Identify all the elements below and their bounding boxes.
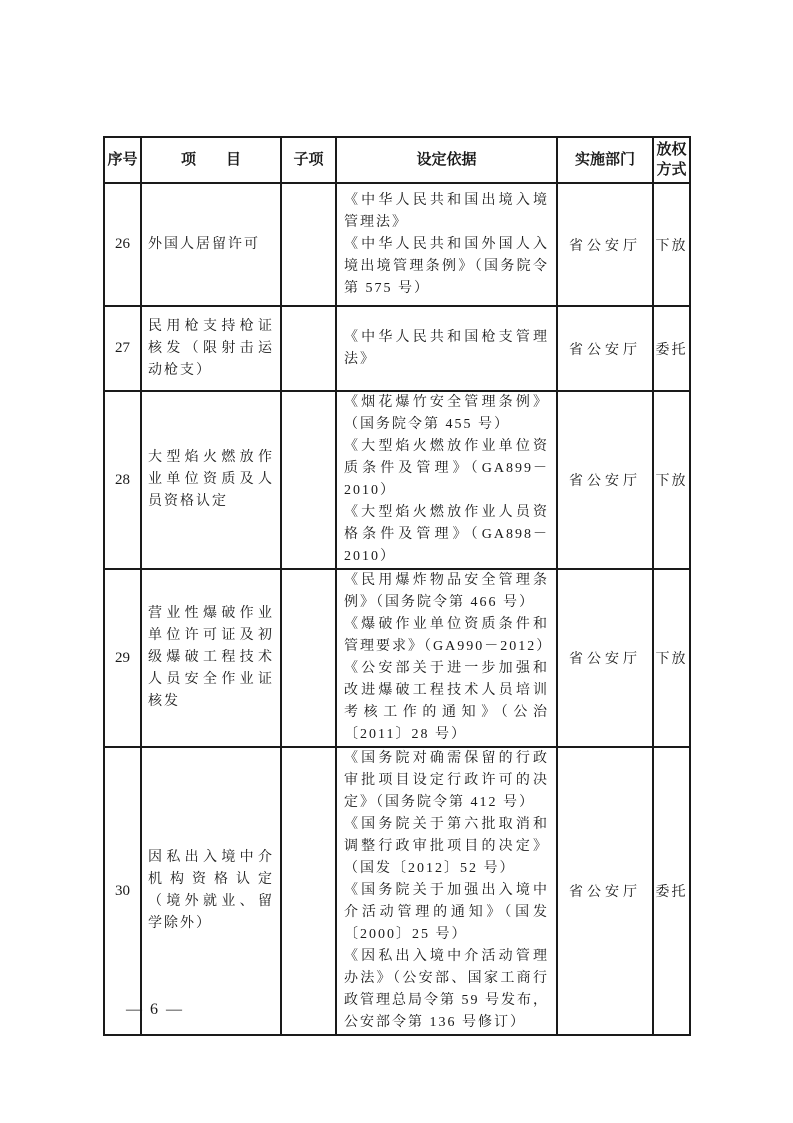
col-header-basis: 设定依据 [336, 137, 557, 183]
table-header-row: 序号 项 目 子项 设定依据 实施部门 放权方式 [104, 137, 690, 183]
table-row-29: 29 营业性爆破作业单位许可证及初级爆破工程技术人员安全作业证核发 《民用爆炸物… [104, 569, 690, 747]
cell-project: 大型焰火燃放作业单位资质及人员资格认定 [141, 391, 281, 569]
cell-no: 28 [104, 391, 141, 569]
cell-subitem [281, 569, 336, 747]
project-text: 大型焰火燃放作业单位资质及人员资格认定 [148, 447, 274, 513]
project-text: 营业性爆破作业单位许可证及初级爆破工程技术人员安全作业证核发 [148, 603, 274, 713]
cell-method: 下放 [653, 569, 690, 747]
project-text: 外国人居留许可 [148, 234, 274, 256]
document-page: 序号 项 目 子项 设定依据 实施部门 放权方式 26 外国人居留许可 《中华人… [0, 0, 793, 1123]
basis-item: 《大型焰火燃放作业单位资质条件及管理》（GA899－2010） [344, 436, 549, 502]
cell-no: 26 [104, 183, 141, 306]
cell-subitem [281, 747, 336, 1035]
cell-project: 民用枪支持枪证核发（限射击运动枪支） [141, 306, 281, 391]
cell-method: 委托 [653, 306, 690, 391]
table-row-28: 28 大型焰火燃放作业单位资质及人员资格认定 《烟花爆竹安全管理条例》（国务院令… [104, 391, 690, 569]
basis-item: 《国务院关于第六批取消和调整行政审批项目的决定》（国发〔2012〕52 号） [344, 814, 549, 880]
cell-no: 27 [104, 306, 141, 391]
cell-project: 因私出入境中介机构资格认定（境外就业、留学除外） [141, 747, 281, 1035]
col-header-method: 放权方式 [653, 137, 690, 183]
basis-item: 《公安部关于进一步加强和改进爆破工程技术人员培训考核工作的通知》（公治〔2011… [344, 658, 549, 746]
basis-item: 《爆破作业单位资质条件和管理要求》（GA990－2012） [344, 614, 549, 658]
cell-basis: 《中华人民共和国枪支管理法》 [336, 306, 557, 391]
project-text: 民用枪支持枪证核发（限射击运动枪支） [148, 316, 274, 382]
cell-department: 省公安厅 [557, 747, 653, 1035]
col-header-no: 序号 [104, 137, 141, 183]
cell-department: 省公安厅 [557, 183, 653, 306]
cell-basis: 《中华人民共和国出境入境管理法》 《中华人民共和国外国人入境出境管理条例》（国务… [336, 183, 557, 306]
table-row-27: 27 民用枪支持枪证核发（限射击运动枪支） 《中华人民共和国枪支管理法》 省公安… [104, 306, 690, 391]
page-number: — 6 — [126, 1001, 184, 1019]
basis-item: 《中华人民共和国外国人入境出境管理条例》（国务院令第 575 号） [344, 234, 549, 300]
col-header-project: 项 目 [141, 137, 281, 183]
cell-project: 营业性爆破作业单位许可证及初级爆破工程技术人员安全作业证核发 [141, 569, 281, 747]
table-row-30: 30 因私出入境中介机构资格认定（境外就业、留学除外） 《国务院对确需保留的行政… [104, 747, 690, 1035]
basis-item: 《中华人民共和国枪支管理法》 [344, 327, 549, 371]
basis-item: 《因私出入境中介活动管理办法》（公安部、国家工商行政管理总局令第 59 号发布，… [344, 946, 549, 1034]
cell-method: 委托 [653, 747, 690, 1035]
cell-department: 省公安厅 [557, 569, 653, 747]
table-row-26: 26 外国人居留许可 《中华人民共和国出境入境管理法》 《中华人民共和国外国人入… [104, 183, 690, 306]
col-header-subitem: 子项 [281, 137, 336, 183]
cell-basis: 《国务院对确需保留的行政审批项目设定行政许可的决定》（国务院令第 412 号） … [336, 747, 557, 1035]
cell-department: 省公安厅 [557, 306, 653, 391]
cell-subitem [281, 306, 336, 391]
project-text: 因私出入境中介机构资格认定（境外就业、留学除外） [148, 847, 274, 935]
cell-no: 29 [104, 569, 141, 747]
basis-item: 《大型焰火燃放作业人员资格条件及管理》（GA898－2010） [344, 502, 549, 568]
basis-item: 《中华人民共和国出境入境管理法》 [344, 190, 549, 234]
basis-item: 《国务院对确需保留的行政审批项目设定行政许可的决定》（国务院令第 412 号） [344, 748, 549, 814]
cell-no: 30 [104, 747, 141, 1035]
cell-department: 省公安厅 [557, 391, 653, 569]
approval-items-table: 序号 项 目 子项 设定依据 实施部门 放权方式 26 外国人居留许可 《中华人… [103, 136, 691, 1036]
basis-item: 《民用爆炸物品安全管理条例》（国务院令第 466 号） [344, 570, 549, 614]
cell-subitem [281, 391, 336, 569]
basis-item: 《国务院关于加强出入境中介活动管理的通知》（国发〔2000〕25 号） [344, 880, 549, 946]
cell-method: 下放 [653, 183, 690, 306]
cell-basis: 《烟花爆竹安全管理条例》（国务院令第 455 号） 《大型焰火燃放作业单位资质条… [336, 391, 557, 569]
col-header-department: 实施部门 [557, 137, 653, 183]
cell-basis: 《民用爆炸物品安全管理条例》（国务院令第 466 号） 《爆破作业单位资质条件和… [336, 569, 557, 747]
cell-project: 外国人居留许可 [141, 183, 281, 306]
cell-method: 下放 [653, 391, 690, 569]
cell-subitem [281, 183, 336, 306]
basis-item: 《烟花爆竹安全管理条例》（国务院令第 455 号） [344, 392, 549, 436]
